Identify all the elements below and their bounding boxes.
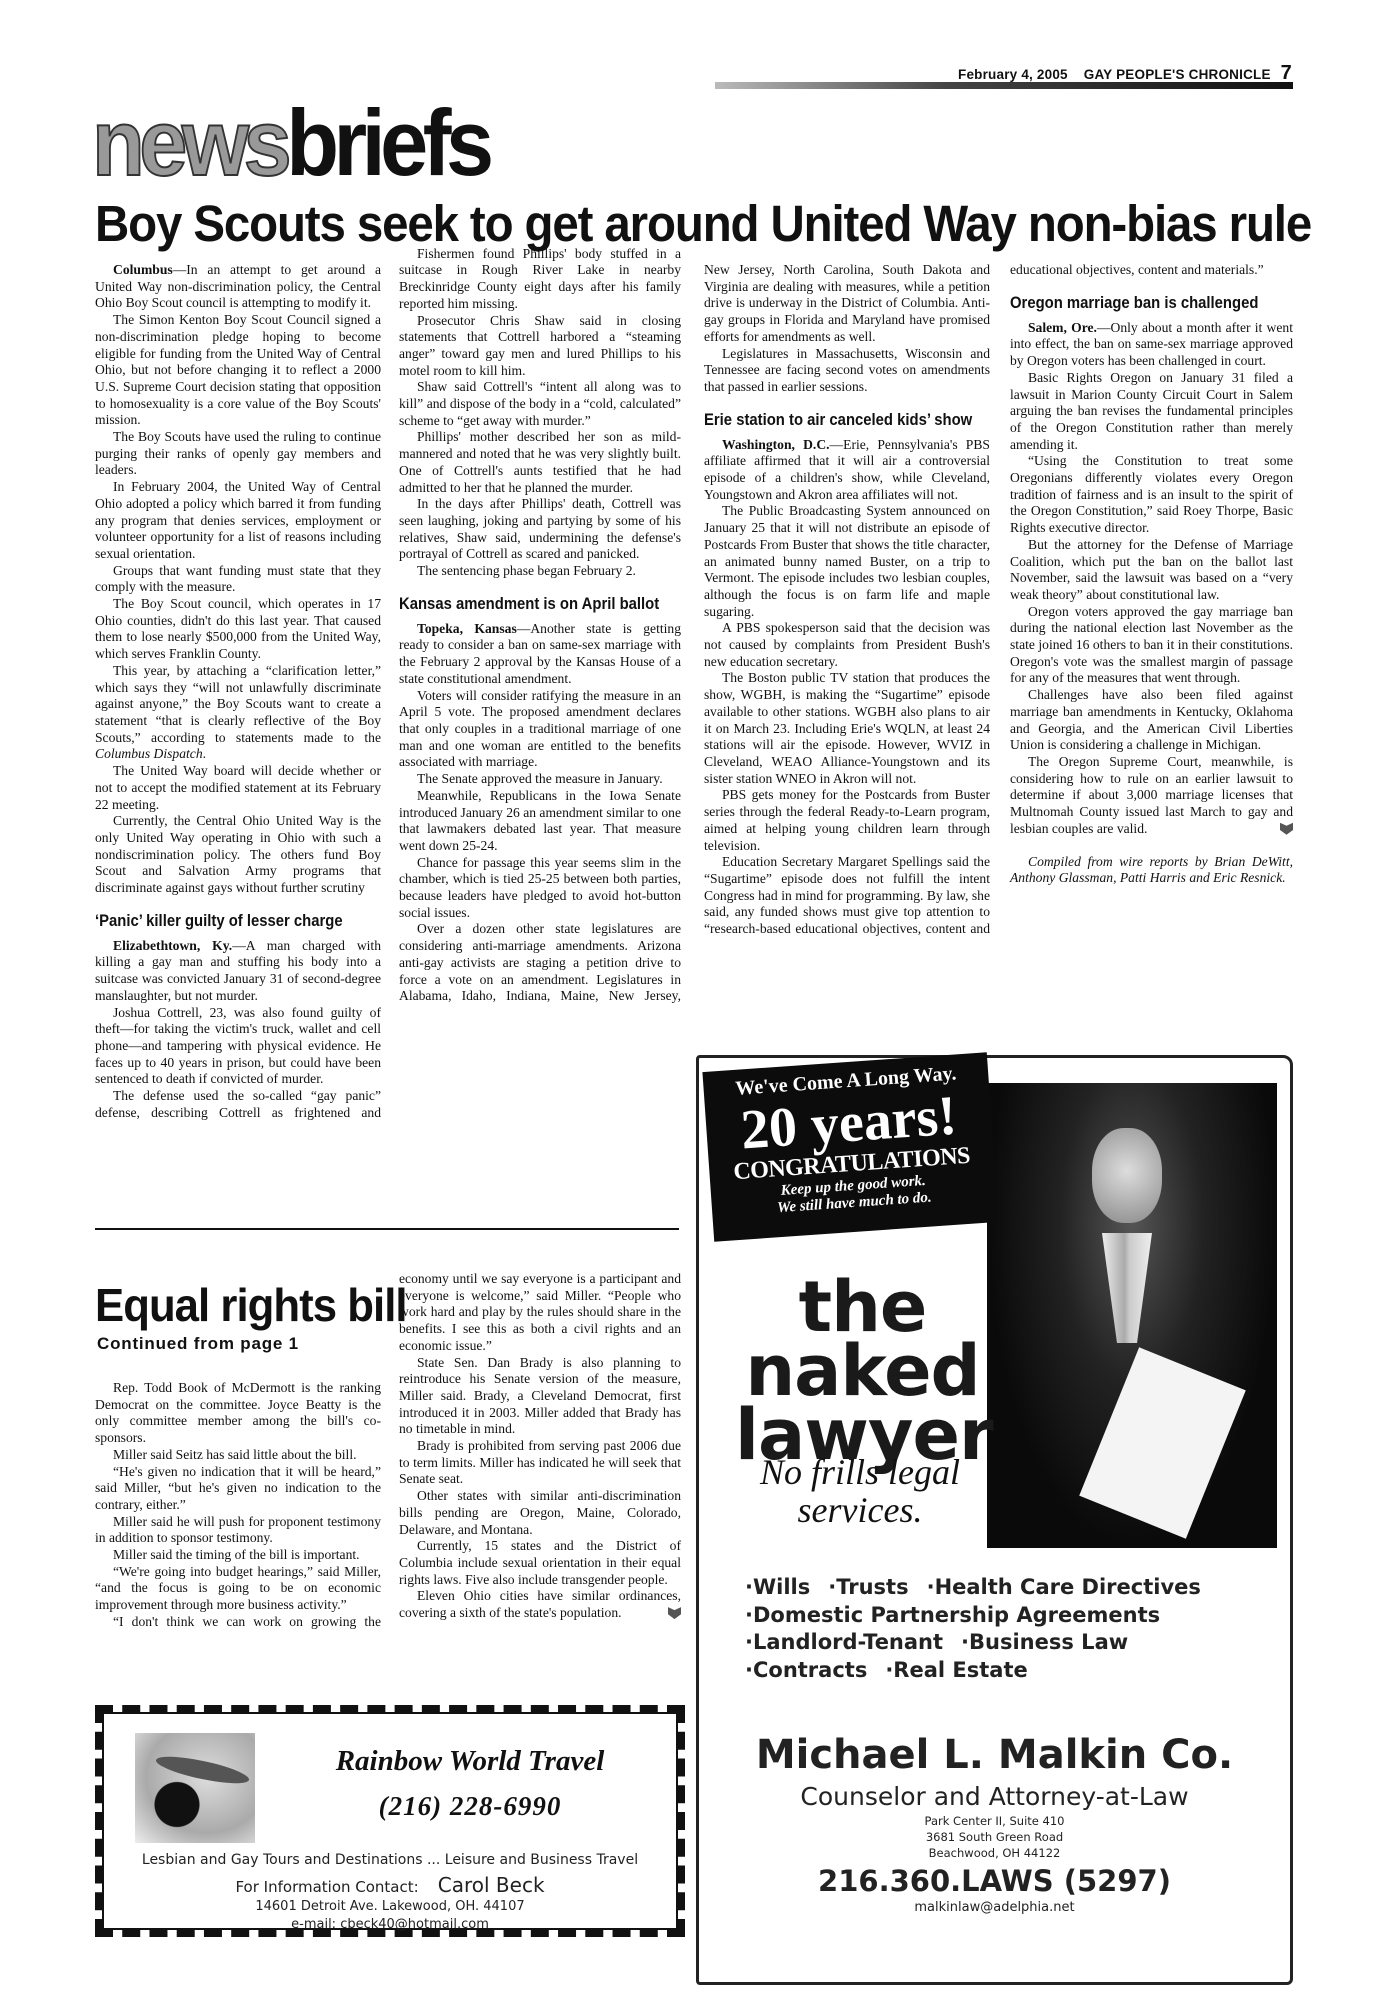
page-number: 7 [1281,62,1292,84]
equal-rights-headline: Equal rights bill [95,1282,407,1328]
travel-email[interactable]: e-mail: cbeck40@hotmail.com [104,1917,676,1932]
column-3: New Jersey, North Carolina, South Dakota… [704,262,990,938]
firm-email[interactable]: malkinlaw@adelphia.net [696,1899,1293,1917]
travel-contact: For Information Contact: Carol Beck [104,1873,676,1897]
subhead-panic-killer: ‘Panic’ killer guilty of lesser charge [95,911,352,931]
subhead-kansas: Kansas amendment is on April ballot [399,594,653,614]
column-1: Columbus—In an attempt to get around a U… [95,262,381,1121]
equal-rights-column-1: Rep. Todd Book of McDermott is the ranki… [95,1380,381,1631]
firm-title: Counselor and Attorney-at-Law [696,1781,1293,1813]
services-list: ·Wills·Trusts·Health Care Directives ·Do… [745,1574,1219,1684]
publication-name: GAY PEOPLE'S CHRONICLE [1084,67,1271,82]
column-2: Fishermen found Phillips' body stuffed i… [399,262,681,1005]
ad-slogan: the naked lawyer [735,1275,990,1467]
wire-credit: Compiled from wire reports by Brian DeWi… [1010,854,1293,887]
continued-from-label: Continued from page 1 [97,1334,299,1354]
issue-date: February 4, 2005 [958,67,1068,82]
equal-rights-column-2: economy until we say everyone is a parti… [399,1271,681,1622]
subhead-oregon: Oregon marriage ban is challenged [1010,293,1265,313]
end-of-story-icon [1280,823,1293,835]
travel-phone: (216) 228-6990 [260,1791,680,1822]
contact-name: Carol Beck [438,1873,545,1897]
anniversary-banner: We've Come A Long Way. 20 years! CONGRAT… [702,1052,998,1241]
header-rule [715,82,1293,89]
firm-phone: 216.360.LAWS (5297) [696,1863,1293,1899]
subhead-erie: Erie station to air canceled kids’ show [704,410,961,430]
section-logo: newsbriefs [92,96,489,190]
column-4: educational objectives, content and mate… [1010,262,1293,887]
ad-tagline: No frills legal services. [725,1453,995,1529]
firm-name: Michael L. Malkin Co. [696,1733,1293,1777]
lawyer-photo [987,1083,1277,1548]
end-of-story-icon [668,1607,681,1619]
travel-agency-name: Rainbow World Travel [260,1745,680,1778]
travel-address: 14601 Detroit Ave. Lakewood, OH. 44107 [104,1899,676,1914]
section-divider [95,1228,679,1230]
airplane-globe-icon [135,1733,255,1843]
travel-tagline: Lesbian and Gay Tours and Destinations .… [104,1852,676,1868]
firm-info: Michael L. Malkin Co. Counselor and Atto… [696,1733,1293,1917]
